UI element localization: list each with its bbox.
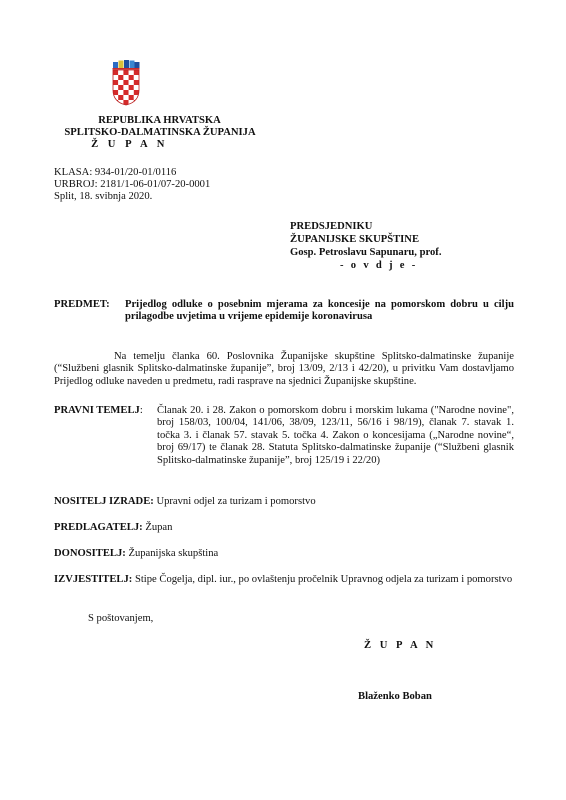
legal-basis-text: Članak 20. i 28. Zakon o pomorskom dobru…	[157, 405, 514, 467]
field-value: Župan	[145, 522, 172, 533]
field-value: Županijska skupština	[128, 548, 218, 559]
legal-basis-colon: :	[140, 405, 143, 416]
subject-text: Prijedlog odluke o posebnim mjerama za k…	[125, 299, 514, 324]
recipient-line-2: ŽUPANIJSKE SKUPŠTINE	[290, 234, 419, 246]
intro-paragraph: Na temelju članka 60. Poslovnika Županij…	[54, 351, 514, 388]
recipient-line-1: PREDSJEDNIKU	[290, 221, 372, 233]
field-value: Upravni odjel za turizam i pomorstvo	[156, 496, 315, 507]
field-adopter: DONOSITELJ: Županijska skupština	[54, 548, 514, 560]
urbroj: URBROJ: 2181/1-06-01/07-20-0001	[54, 179, 210, 191]
field-author: NOSITELJ IZRADE: Upravni odjel za turiza…	[54, 496, 514, 508]
klasa: KLASA: 934-01/20-01/0116	[54, 167, 176, 179]
subject-label: PREDMET:	[54, 299, 110, 311]
closing-greeting: S poštovanjem,	[88, 613, 153, 625]
field-proposer: PREDLAGATELJ: Župan	[54, 522, 514, 534]
croatian-coat-of-arms-icon	[112, 60, 140, 106]
header-country: REPUBLIKA HRVATSKA	[57, 115, 262, 127]
field-value: Stipe Čogelja, dipl. iur., po ovlaštenju…	[135, 574, 512, 585]
date-place: Split, 18. svibnja 2020.	[54, 191, 152, 203]
recipient-location: - o v d j e -	[340, 260, 418, 272]
field-label: PREDLAGATELJ:	[54, 522, 143, 533]
signature-name: Blaženko Boban	[358, 691, 432, 703]
header-county: SPLITSKO-DALMATINSKA ŽUPANIJA	[53, 127, 267, 139]
signature-title: Ž U P A N	[364, 640, 436, 652]
header-office: Ž U P A N	[57, 139, 202, 151]
legal-basis-label: PRAVNI TEMELJ:	[54, 405, 143, 417]
field-rapporteur: IZVJESTITELJ: Stipe Čogelja, dipl. iur.,…	[54, 574, 514, 586]
field-label: DONOSITELJ:	[54, 548, 126, 559]
field-label: NOSITELJ IZRADE:	[54, 496, 154, 507]
legal-basis-label-text: PRAVNI TEMELJ	[54, 405, 140, 416]
recipient-name: Gosp. Petroslavu Sapunaru, prof.	[290, 247, 441, 259]
field-label: IZVJESTITELJ:	[54, 574, 132, 585]
